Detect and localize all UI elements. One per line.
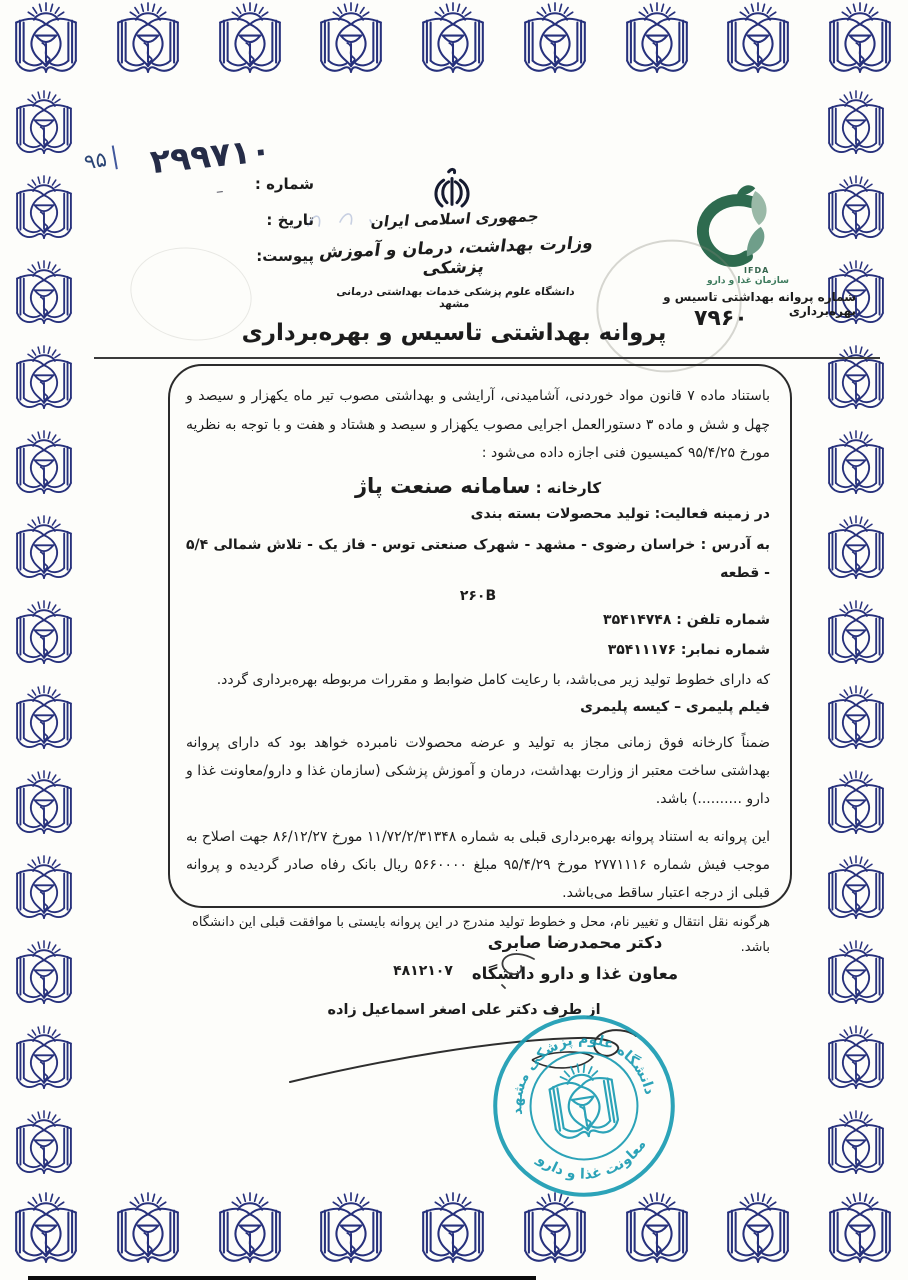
pharmacy-emblem-icon [824, 90, 888, 164]
title-divider [94, 357, 880, 359]
signer-name: دکتر محمدرضا صابری [430, 928, 720, 959]
pharmacy-emblem-icon [214, 2, 286, 84]
pharmacy-emblem-icon [824, 430, 888, 504]
activity-line: در زمینه فعالیت: تولید محصولات بسته بندی [186, 501, 770, 528]
attachment-label: پیوست: [244, 238, 314, 274]
pharmacy-emblem-icon [12, 345, 76, 419]
pharmacy-emblem-icon [12, 940, 76, 1014]
border-emblems-right [824, 90, 894, 1184]
pharmacy-emblem-icon [722, 2, 794, 84]
fax-label: شماره نمابر: [681, 642, 770, 658]
pharmacy-emblem-icon [12, 515, 76, 589]
pharmacy-emblem-icon [112, 2, 184, 84]
production-lines: فیلم پلیمری – کیسه پلیمری [186, 694, 770, 721]
pharmacy-emblem-icon [824, 175, 888, 249]
pharmacy-emblem-icon [12, 855, 76, 929]
address-line: به آدرس : خراسان رضوی - مشهد - شهرک صنعت… [186, 532, 770, 587]
factory-line: کارخانه : سامانه صنعت پاژ [186, 474, 770, 498]
pharmacy-emblem-icon [824, 515, 888, 589]
border-emblems-top [10, 2, 896, 86]
factory-name: سامانه صنعت پاژ [355, 474, 530, 498]
factory-label: کارخانه : [536, 479, 601, 497]
pharmacy-emblem-icon [621, 2, 693, 84]
condition-note: ضمناً کارخانه فوق زمانی مجاز به تولید و … [186, 729, 770, 813]
pharmacy-emblem-icon [519, 2, 591, 84]
pharmacy-emblem-icon [824, 940, 888, 1014]
pharmacy-emblem-icon [824, 2, 896, 84]
pharmacy-emblem-icon [315, 1192, 387, 1274]
pharmacy-emblem-icon [12, 1110, 76, 1184]
fax-value: ۳۵۴۱۱۱۷۶ [608, 642, 676, 658]
phone-value: ۳۵۴۱۴۷۴۸ [603, 612, 671, 628]
pharmacy-emblem-icon [12, 90, 76, 164]
license-body-box: باستناد ماده ۷ قانون مواد خوردنی، آشامید… [168, 364, 792, 908]
scan-edge-artifact [28, 1276, 536, 1280]
page-title: پروانه بهداشتی تاسیس و بهره‌برداری [0, 320, 908, 346]
signer-title: معاون غذا و دارو دانشگاه [430, 959, 720, 990]
signer-block: دکتر محمدرضا صابری معاون غذا و دارو دانش… [430, 928, 720, 989]
pharmacy-emblem-icon [12, 175, 76, 249]
stamp-ring-bottom-text: معاونت غذا و دارو [531, 1134, 653, 1191]
pharmacy-emblem-icon [12, 685, 76, 759]
round-office-stamp: دانشگاه علوم پزشکی مشهد معاونت غذا و دار… [454, 993, 713, 1219]
ministry-calligraphy: وزارت بهداشت، درمان و آموزش پزشکی [314, 233, 595, 283]
lines-note: که دارای خطوط تولید زیر می‌باشد، با رعای… [186, 667, 770, 694]
pharmacy-emblem-icon [722, 1192, 794, 1274]
number-label: شماره : [244, 166, 314, 202]
pharmacy-emblem-icon [112, 1192, 184, 1274]
pharmacy-emblem-icon [824, 1110, 888, 1184]
stamp-center-emblem-icon [546, 1059, 619, 1141]
pharmacy-emblem-icon [417, 1192, 489, 1274]
pharmacy-emblem-icon [417, 2, 489, 84]
pharmacy-emblem-icon [824, 600, 888, 674]
pharmacy-emblem-icon [12, 600, 76, 674]
pharmacy-emblem-icon [12, 1025, 76, 1099]
phone-line: شماره تلفن : ۳۵۴۱۴۷۴۸ [186, 607, 770, 634]
intro-paragraph: باستناد ماده ۷ قانون مواد خوردنی، آشامید… [186, 382, 770, 468]
border-emblems-left [12, 90, 82, 1184]
pharmacy-emblem-icon [10, 2, 82, 84]
pharmacy-emblem-icon [824, 1192, 896, 1274]
pharmacy-emblem-icon [824, 770, 888, 844]
handwritten-dash: – [215, 182, 224, 201]
phone-label: شماره تلفن : [676, 612, 770, 628]
pharmacy-emblem-icon [621, 1192, 693, 1274]
signature-squiggle [492, 944, 542, 996]
handwritten-year: ۹۵ [82, 145, 117, 174]
health-license-certificate: شماره : تاریخ : پیوست: ۹۵ ۲۹۹۷۱۰ – جمهور… [0, 0, 908, 1280]
pharmacy-emblem-icon [824, 855, 888, 929]
ifda-acronym: IFDA [744, 266, 769, 275]
pharmacy-emblem-icon [824, 685, 888, 759]
previous-license-note: این پروانه به استناد پروانه بهره‌برداری … [186, 823, 770, 907]
address-plot: ۲۶۰B [186, 588, 770, 604]
pharmacy-emblem-icon [824, 1025, 888, 1099]
pharmacy-emblem-icon [315, 2, 387, 84]
pharmacy-emblem-icon [214, 1192, 286, 1274]
pharmacy-emblem-icon [12, 430, 76, 504]
pharmacy-emblem-icon [10, 1192, 82, 1274]
pharmacy-emblem-icon [12, 770, 76, 844]
fax-line: شماره نمابر: ۳۵۴۱۱۱۷۶ [186, 637, 770, 664]
university-line: دانشگاه علوم پزشکی خدمات بهداشتی درمانی … [319, 286, 592, 310]
border-emblems-bottom [10, 1192, 896, 1276]
